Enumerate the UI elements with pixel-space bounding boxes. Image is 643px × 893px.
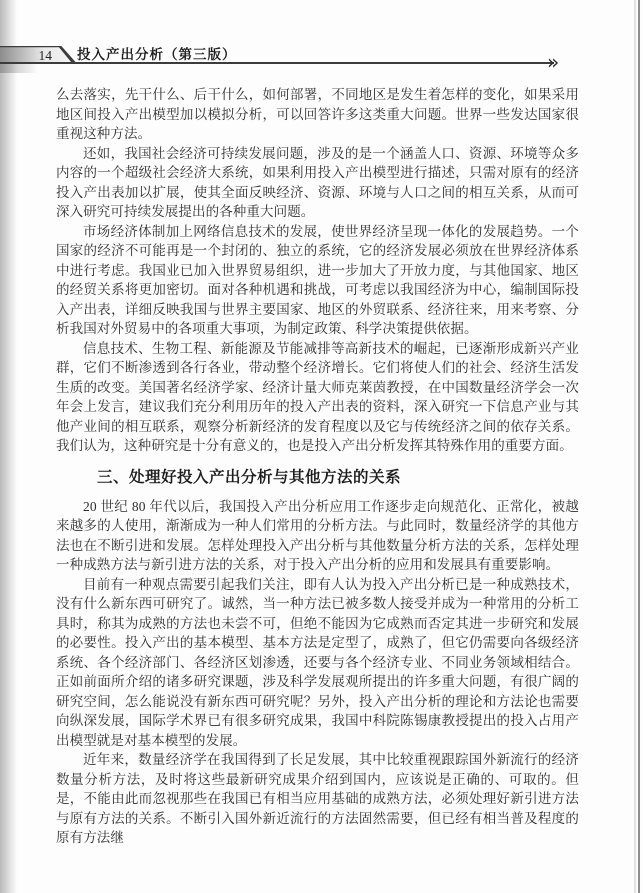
- body-paragraph: 还如，我国社会经济可持续发展问题，涉及的是一个涵盖人口、资源、环境等众多内容的一…: [56, 144, 579, 222]
- body-paragraph: 么去落实，先干什么、后干什么，如何部署，不同地区是发生着怎样的变化，如果采用地区…: [56, 85, 579, 144]
- body-paragraph: 20 世纪 80 年代以后，我国投入产出分析应用工作逐步走向规范化、正常化，被越…: [56, 497, 579, 575]
- body-paragraph: 目前有一种观点需要引起我们关注，即有人认为投入产出分析已是一种成熟技术，没有什么…: [56, 575, 579, 751]
- section-heading: 三、处理好投入产出分析与其他方法的关系: [97, 468, 579, 488]
- body-paragraph: 市场经济体制加上网络信息技术的发展，使世界经济呈现一体化的发展趋势。一个国家的经…: [56, 222, 579, 339]
- page-header: » 14 投入产出分析（第三版）: [0, 0, 643, 80]
- page-number-tab-shadow: [0, 64, 38, 73]
- page-gutter-shadow: [0, 0, 17, 893]
- page-edge-line: [638, 0, 640, 893]
- page-edge-highlight: [634, 0, 636, 893]
- body-paragraph: 信息技术、生物工程、新能源及节能减排等高新技术的崛起，已逐渐形成新兴产业群，它们…: [56, 339, 579, 456]
- double-chevron-icon: »: [547, 52, 556, 72]
- body-paragraph: 近年来，数量经济学在我国得到了长足发展，其中比较重视跟踪国外新流行的经济数量分析…: [56, 750, 579, 848]
- page-number: 14: [0, 48, 52, 63]
- page-body: 么去落实，先干什么、后干什么，如何部署，不同地区是发生着怎样的变化，如果采用地区…: [56, 85, 579, 848]
- running-head-book-title: 投入产出分析（第三版）: [77, 47, 237, 63]
